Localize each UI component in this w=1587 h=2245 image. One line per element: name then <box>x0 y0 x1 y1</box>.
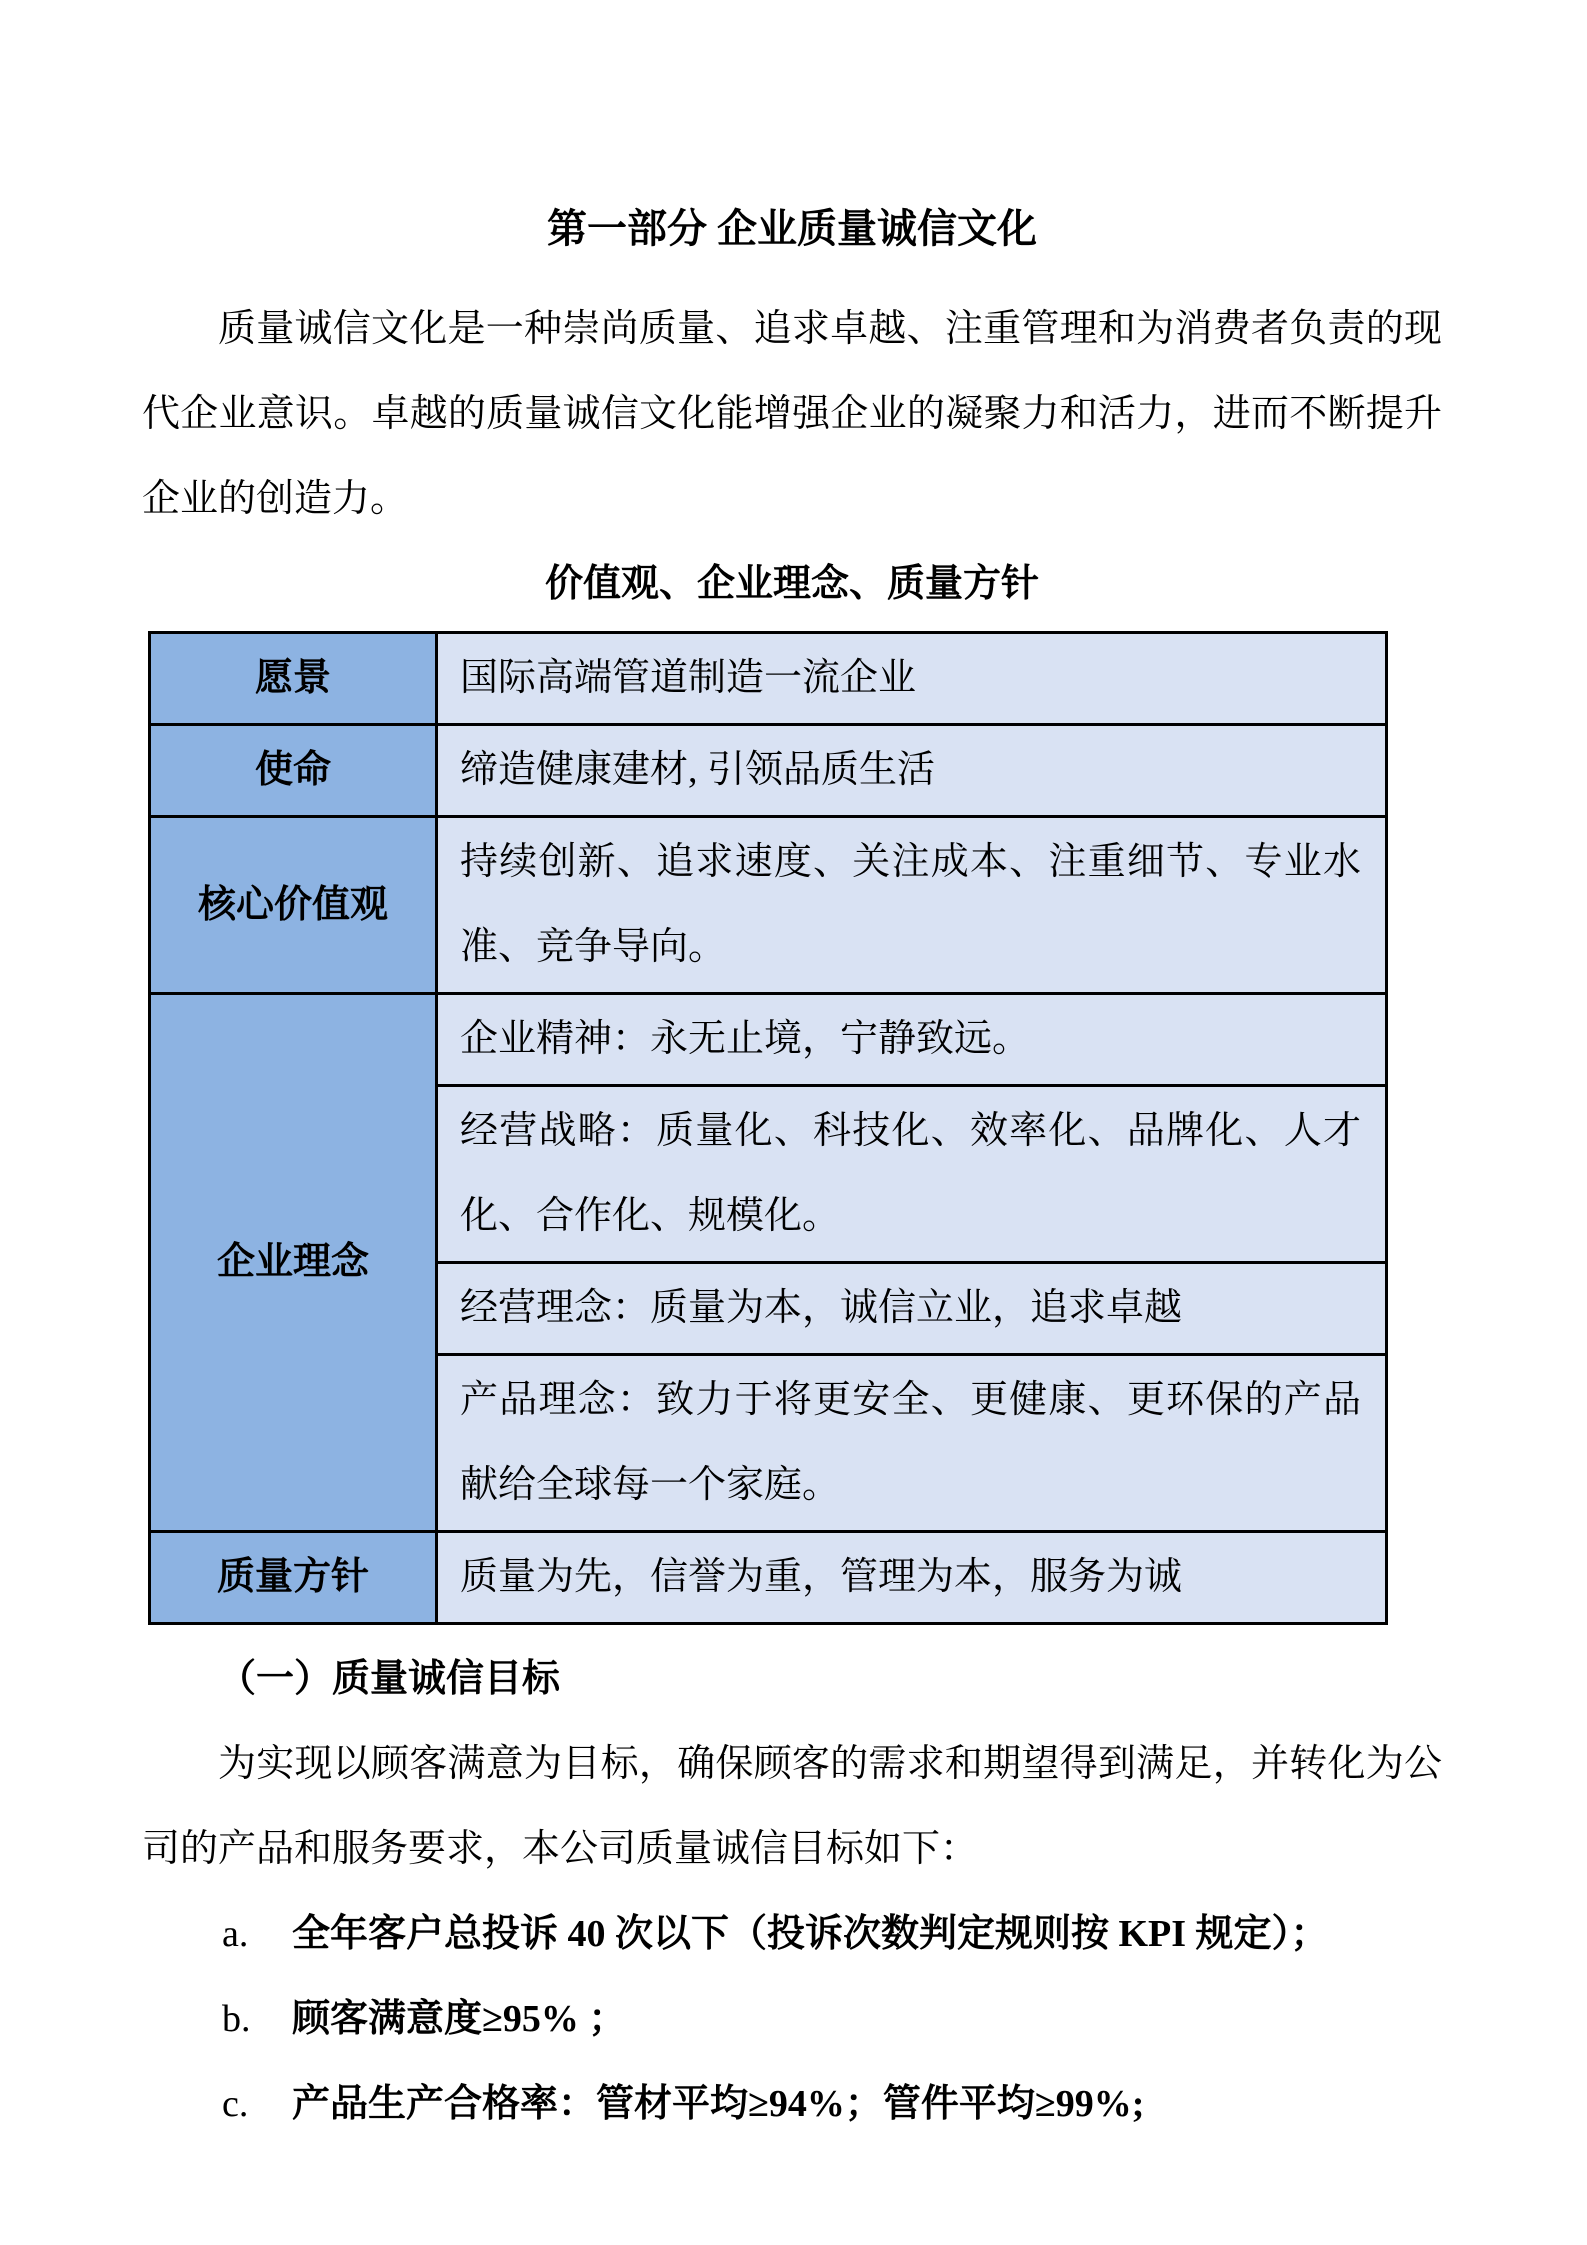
section-heading: （一）质量诚信目标 <box>142 1637 1442 1722</box>
page-title: 第一部分 企业质量诚信文化 <box>142 205 1442 253</box>
table-row: 愿景 国际高端管道制造一流企业 <box>150 633 1387 725</box>
goal-item: b.顾客满意度≥95% ； <box>142 1977 1442 2062</box>
row-content: 经营理念：质量为本，诚信立业，追求卓越 <box>437 1263 1387 1355</box>
intro-paragraph: 质量诚信文化是一种崇尚质量、追求卓越、注重管理和为消费者负责的现代企业意识。卓越… <box>142 287 1442 542</box>
row-label: 使命 <box>150 725 437 817</box>
table-row: 核心价值观 持续创新、追求速度、关注成本、注重细节、专业水准、竞争导向。 <box>150 817 1387 994</box>
goal-text: 全年客户总投诉 40 次以下（投诉次数判定规则按 KPI 规定）； <box>292 1913 1329 1955</box>
row-content: 缔造健康建材, 引领品质生活 <box>437 725 1387 817</box>
goal-list: a.全年客户总投诉 40 次以下（投诉次数判定规则按 KPI 规定）； b.顾客… <box>142 1892 1442 2147</box>
table-row: 企业理念 企业精神：永无止境，宁静致远。 <box>150 994 1387 1086</box>
row-label: 核心价值观 <box>150 817 437 994</box>
row-content: 质量为先，信誉为重，管理为本，服务为诚 <box>437 1532 1387 1624</box>
row-label: 质量方针 <box>150 1532 437 1624</box>
row-content: 持续创新、追求速度、关注成本、注重细节、专业水准、竞争导向。 <box>437 817 1387 994</box>
goal-item: c.产品生产合格率：管材平均≥94%；管件平均≥99%; <box>142 2062 1442 2147</box>
goal-marker: a. <box>222 1892 266 1977</box>
table-row: 质量方针 质量为先，信誉为重，管理为本，服务为诚 <box>150 1532 1387 1624</box>
row-content: 经营战略：质量化、科技化、效率化、品牌化、人才化、合作化、规模化。 <box>437 1086 1387 1263</box>
row-label: 愿景 <box>150 633 437 725</box>
goal-marker: c. <box>222 2062 266 2147</box>
goal-text: 产品生产合格率：管材平均≥94%；管件平均≥99%; <box>292 2083 1144 2125</box>
table-row: 使命 缔造健康建材, 引领品质生活 <box>150 725 1387 817</box>
row-content: 国际高端管道制造一流企业 <box>437 633 1387 725</box>
document-page: 第一部分 企业质量诚信文化 质量诚信文化是一种崇尚质量、追求卓越、注重管理和为消… <box>0 0 1587 2245</box>
row-content: 产品理念：致力于将更安全、更健康、更环保的产品献给全球每一个家庭。 <box>437 1355 1387 1532</box>
section-intro-paragraph: 为实现以顾客满意为目标，确保顾客的需求和期望得到满足，并转化为公司的产品和服务要… <box>142 1722 1442 1892</box>
goal-text: 顾客满意度≥95% ； <box>292 1998 626 2040</box>
values-table: 愿景 国际高端管道制造一流企业 使命 缔造健康建材, 引领品质生活 核心价值观 … <box>148 631 1388 1625</box>
row-label: 企业理念 <box>150 994 437 1532</box>
goal-marker: b. <box>222 1977 266 2062</box>
goal-item: a.全年客户总投诉 40 次以下（投诉次数判定规则按 KPI 规定）； <box>142 1892 1442 1977</box>
row-content: 企业精神：永无止境，宁静致远。 <box>437 994 1387 1086</box>
table-title: 价值观、企业理念、质量方针 <box>142 542 1442 627</box>
